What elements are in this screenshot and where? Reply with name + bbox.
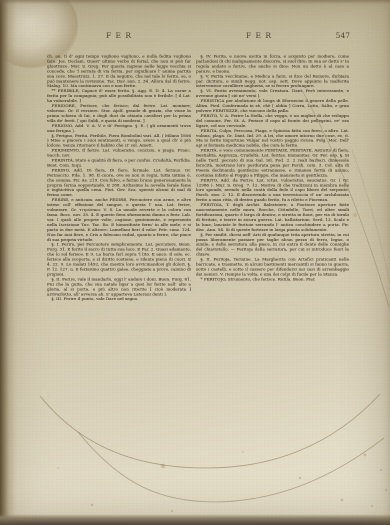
dictionary-paragraph: §. II. Ferire, vale il mandarlo, oggi l'… xyxy=(47,277,191,297)
dictionary-paragraph: FERIMENTO, Il ferire. Lat. vulneratio, c… xyxy=(47,148,191,158)
dictionary-paragraph: §. I. Ferire, per Percuotere semplicemen… xyxy=(47,242,191,277)
dictionary-paragraph: §. II. Feritoja, Termine. La Margherita … xyxy=(196,257,349,277)
dictionary-paragraph: ch. an. Il d' ogni tempo vogliono vaglio… xyxy=(47,54,191,89)
scan-left-edge xyxy=(0,0,16,525)
stain-arc-upper-right-faint xyxy=(352,150,390,284)
dictionary-paragraph: FERITO, Add. da Ferire. Lat. ictus, vuln… xyxy=(196,178,349,203)
dictionary-paragraph: FERISTICA per abolizione di lunga di Efo… xyxy=(196,99,349,114)
right-column-text: §. IV. Ferita, e nuova uscita in forza, … xyxy=(196,54,349,282)
scan-bottom-edge xyxy=(0,514,390,525)
dictionary-paragraph: §. IV. Ferita, e nuova uscita in forza, … xyxy=(196,54,349,74)
dictionary-paragraph: FERITOIA, T. degli Archit. Balestriere, … xyxy=(196,203,349,233)
dictionary-paragraph: §. V. Ferita vecchiume, e Medica a farsi… xyxy=(196,74,349,89)
dictionary-paragraph: FERINITÀ, Stato e qualità di fiera, o pe… xyxy=(47,158,191,168)
dictionary-paragraph: §. VI. Ferita avvenimento, vale Creatura… xyxy=(196,89,349,99)
right-column: §. IV. Ferita, e nuova uscita in forza, … xyxy=(196,54,349,434)
left-column: ch. an. Il d' ogni tempo vogliono vaglio… xyxy=(47,54,191,404)
dictionary-paragraph: FERIRE, e anticam. anche FEDIRE, Percuot… xyxy=(47,198,191,243)
scan-top-edge xyxy=(0,0,390,4)
page-number: 547 xyxy=(326,31,350,42)
dictionary-paragraph: §. Ferigno, Ferita, Feribile, Fiera Bomb… xyxy=(47,133,191,148)
dictionary-paragraph: FERINO, Add. Di fiera, Di fiere, ferinal… xyxy=(47,168,191,198)
stain-arc-inner xyxy=(78,432,384,502)
scanned-book-page: F E R F E R 547 ch. an. Il d' ogni tempo… xyxy=(0,0,390,525)
dictionary-paragraph: §. III. Ferire il punto, vale Dare nel s… xyxy=(47,297,191,302)
dictionary-paragraph: §. Per similit. dicesi nell' Arti di qua… xyxy=(196,232,349,257)
dictionary-paragraph: FERITO, V. A. Ferire la Stella, che vegg… xyxy=(196,113,349,128)
dictionary-paragraph: FERIGNO, Add. V. A. V. e di' Ferrigno. §… xyxy=(47,123,191,133)
running-head-right: F E R xyxy=(196,31,322,42)
left-column-text: ch. an. Il d' ogni tempo vogliono vaglio… xyxy=(47,54,191,302)
dictionary-paragraph: FERIDORE, Feritore, che ferisce; dal fer… xyxy=(47,104,191,124)
running-head-left: F E R xyxy=(47,31,191,42)
dictionary-paragraph: ** FERIBILE, Capace d' esser ferito. §. … xyxy=(47,89,191,104)
dictionary-paragraph: * FERITOJO, Strumento, che ferisce. Ruti… xyxy=(196,277,349,282)
dictionary-paragraph: FERITÀ, e voce comunemente FERITADE, FER… xyxy=(196,148,349,178)
dictionary-paragraph: FERITA, Colpo, Percossa, Piaga, e Spinic… xyxy=(196,128,349,148)
